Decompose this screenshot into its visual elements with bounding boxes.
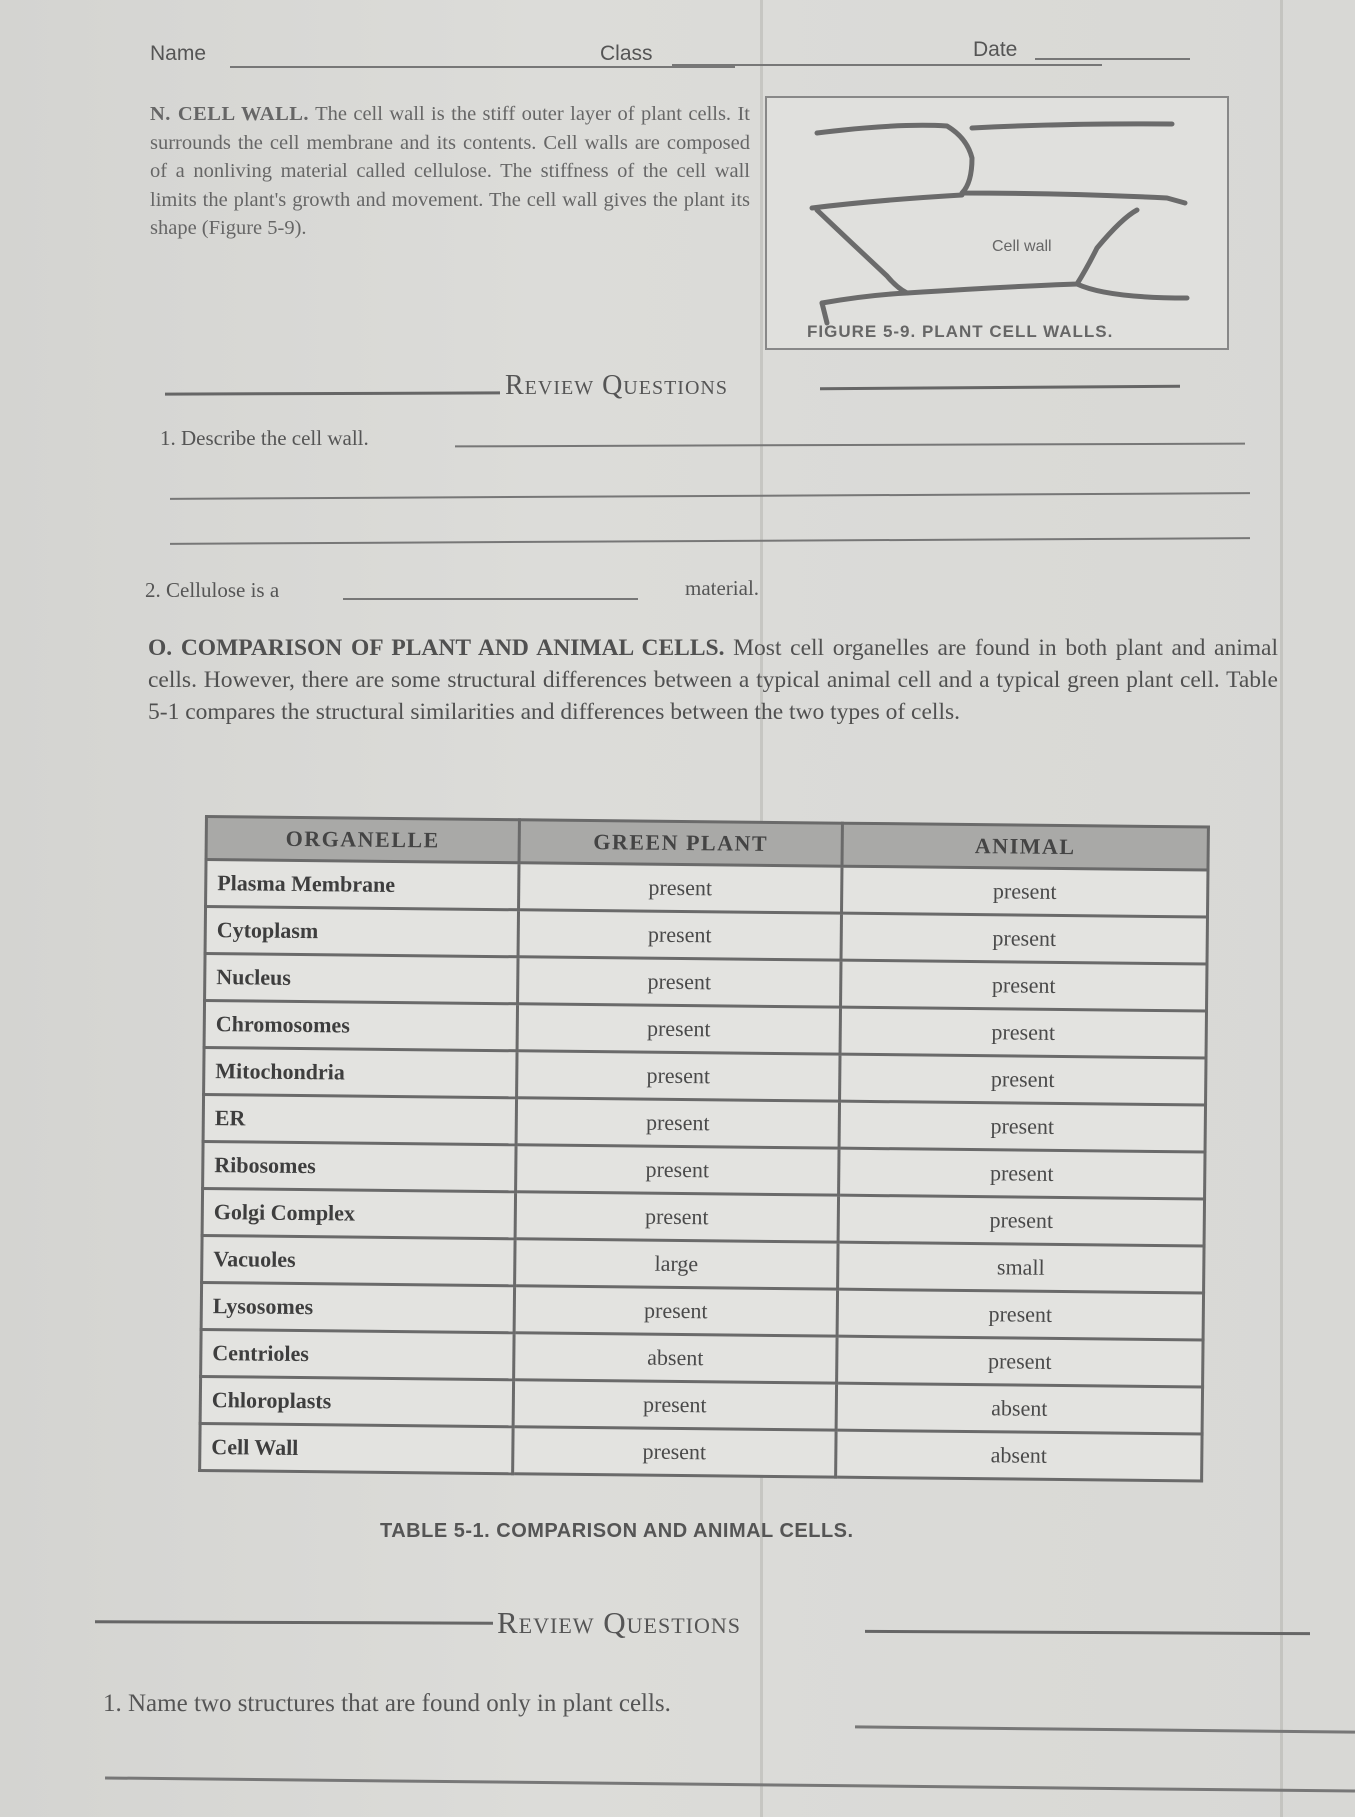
answer-line[interactable]	[105, 1776, 1355, 1792]
review-title: Review Questions	[505, 370, 728, 402]
organelle-cell: Golgi Complex	[202, 1188, 515, 1238]
organelle-cell: Plasma Membrane	[206, 860, 519, 910]
green-plant-cell: present	[516, 1098, 839, 1148]
review-questions-heading: Review Questions	[165, 370, 1185, 410]
name-label: Name	[150, 42, 206, 66]
question-describe-cell-wall: 1. Describe the cell wall.	[160, 426, 369, 451]
date-field[interactable]	[1035, 58, 1190, 60]
green-plant-cell: present	[514, 1286, 837, 1336]
plant-cell-walls-figure: Cell wall FIGURE 5-9. PLANT CELL WALLS.	[765, 96, 1229, 350]
review-questions-heading: Review Questions	[95, 1605, 1315, 1645]
organelle-cell: Cytoplasm	[205, 907, 518, 957]
worksheet-page: Name Class Date N. CELL WALL. The cell w…	[0, 0, 1355, 1817]
animal-cell: present	[837, 1289, 1203, 1340]
green-plant-cell: present	[513, 1380, 836, 1430]
question-cellulose: 2. Cellulose is a	[145, 578, 279, 603]
organelle-cell: ER	[203, 1095, 516, 1145]
heading-rule	[95, 1620, 493, 1624]
animal-cell: present	[840, 1007, 1206, 1058]
green-plant-cell: present	[516, 1145, 839, 1195]
answer-blank[interactable]	[343, 598, 638, 600]
answer-line[interactable]	[170, 492, 1250, 500]
animal-cell: present	[839, 1148, 1205, 1199]
organelle-cell: Ribosomes	[203, 1141, 516, 1191]
animal-cell: absent	[836, 1430, 1202, 1481]
animal-cell: present	[841, 960, 1207, 1011]
section-heading: N. CELL WALL.	[150, 103, 309, 125]
green-plant-cell: large	[515, 1239, 838, 1289]
date-label: Date	[973, 38, 1017, 62]
answer-line[interactable]	[455, 443, 1245, 448]
animal-cell: present	[841, 913, 1207, 964]
green-plant-cell: present	[518, 910, 841, 960]
green-plant-cell: present	[518, 957, 841, 1007]
animal-cell: present	[837, 1336, 1203, 1387]
paper-fold-line	[1280, 0, 1283, 1817]
organelle-cell: Mitochondria	[204, 1048, 517, 1098]
answer-line[interactable]	[170, 537, 1250, 545]
name-field[interactable]	[230, 66, 735, 68]
heading-rule	[820, 385, 1180, 391]
class-field[interactable]	[672, 64, 1102, 66]
green-plant-cell: present	[519, 863, 842, 913]
animal-cell: absent	[836, 1383, 1202, 1434]
column-header: GREEN PLANT	[519, 820, 842, 866]
organelle-cell: Lysosomes	[201, 1282, 514, 1332]
organelle-cell: Chloroplasts	[200, 1376, 513, 1426]
table-caption: TABLE 5-1. COMPARISON AND ANIMAL CELLS.	[380, 1520, 854, 1543]
animal-cell: present	[839, 1101, 1205, 1152]
animal-cell: small	[838, 1242, 1204, 1293]
heading-rule	[165, 391, 500, 395]
green-plant-cell: present	[515, 1192, 838, 1242]
heading-rule	[865, 1630, 1310, 1635]
cell-wall-label: Cell wall	[992, 238, 1052, 256]
organelle-cell: Cell Wall	[200, 1423, 513, 1473]
organelle-cell: Chromosomes	[204, 1001, 517, 1051]
organelle-cell: Centrioles	[201, 1329, 514, 1379]
green-plant-cell: present	[517, 1004, 840, 1054]
column-header: ANIMAL	[842, 823, 1208, 870]
section-cell-wall: N. CELL WALL. The cell wall is the stiff…	[150, 100, 750, 243]
class-label: Class	[600, 42, 653, 66]
figure-caption: FIGURE 5-9. PLANT CELL WALLS.	[807, 322, 1113, 342]
section-heading: O. COMPARISON OF PLANT AND ANIMAL CELLS.	[148, 635, 724, 661]
column-header: ORGANELLE	[206, 817, 519, 863]
animal-cell: present	[838, 1195, 1204, 1246]
organelle-cell: Vacuoles	[202, 1235, 515, 1285]
green-plant-cell: present	[513, 1427, 836, 1477]
worksheet-header: Name Class Date	[150, 36, 1190, 66]
animal-cell: present	[842, 866, 1208, 917]
question-plant-structures: 1. Name two structures that are found on…	[103, 1690, 671, 1718]
green-plant-cell: present	[517, 1051, 840, 1101]
cell-wall-diagram	[767, 98, 1227, 348]
animal-cell: present	[840, 1054, 1206, 1105]
organelle-cell: Nucleus	[205, 954, 518, 1004]
question-cellulose-suffix: material.	[685, 576, 759, 601]
section-comparison: O. COMPARISON OF PLANT AND ANIMAL CELLS.…	[148, 632, 1278, 728]
table-row: Cell Wallpresentabsent	[200, 1423, 1202, 1480]
review-title: Review Questions	[497, 1605, 741, 1641]
comparison-table: ORGANELLE GREEN PLANT ANIMAL Plasma Memb…	[198, 815, 1210, 1482]
green-plant-cell: absent	[514, 1333, 837, 1383]
